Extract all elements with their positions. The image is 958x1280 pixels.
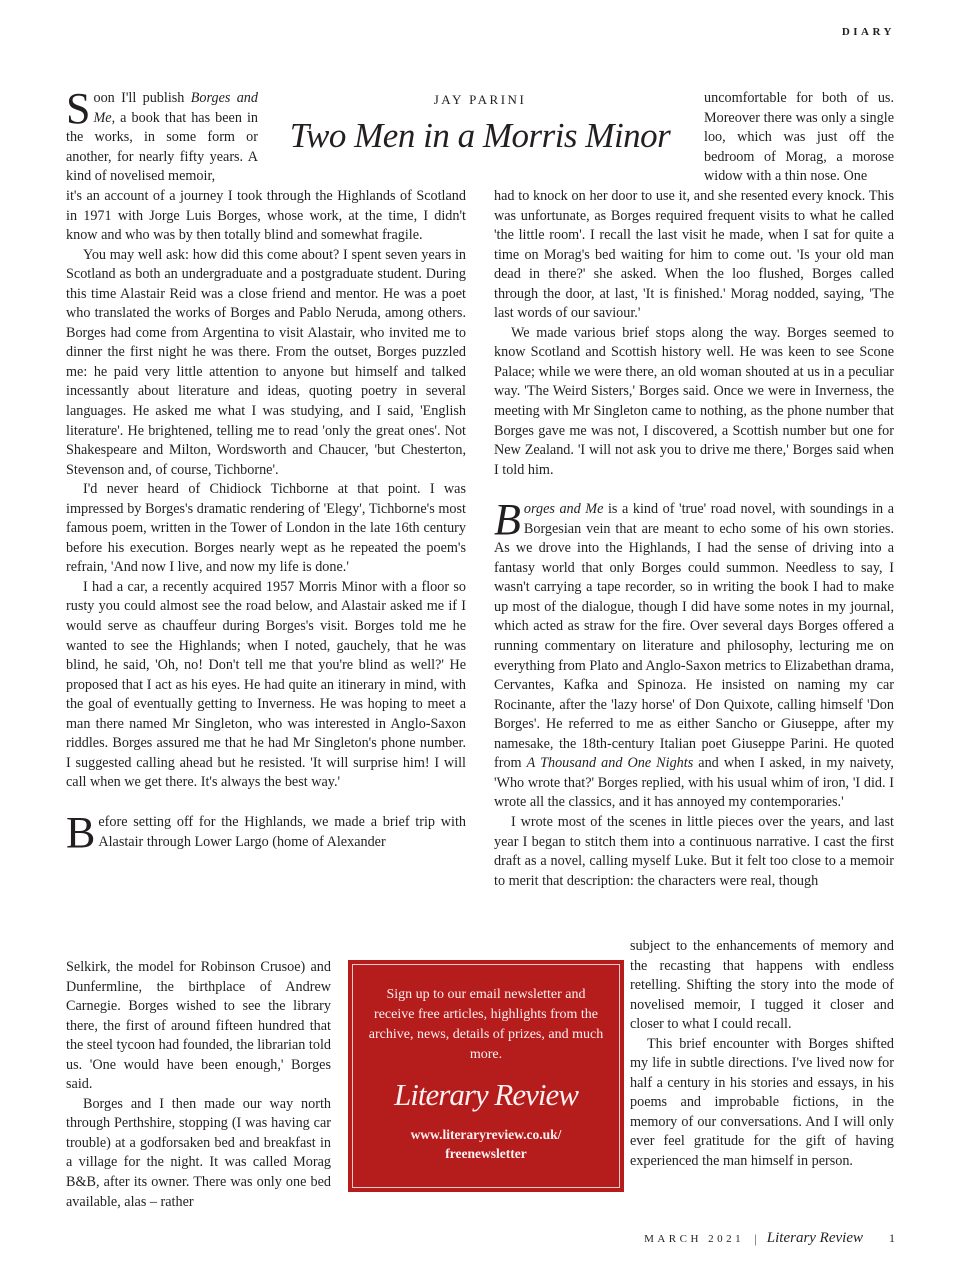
right-column: had to knock on her door to use it, and … [494, 187, 894, 891]
paragraph: This brief encounter with Borges shifted… [630, 1035, 894, 1172]
author-byline: JAY PARINI [290, 92, 670, 108]
paragraph: had to knock on her door to use it, and … [494, 187, 894, 324]
dropcap: B [494, 503, 521, 537]
left-column: it's an account of a journey I took thro… [66, 187, 466, 852]
left-bottom-column: Selkirk, the model for Robinson Crusoe) … [66, 958, 331, 1212]
paragraph: it's an account of a journey I took thro… [66, 187, 466, 246]
right-top-paragraph: uncomfortable for both of us. Moreover t… [704, 89, 894, 187]
issue-date: MARCH 2021 [644, 1233, 744, 1245]
paragraph: We made various brief stops along the wa… [494, 324, 894, 480]
article-title: Two Men in a Morris Minor [280, 116, 680, 156]
paragraph: Before setting off for the Highlands, we… [66, 813, 466, 852]
promo-text: Sign up to our email newsletter and rece… [367, 985, 605, 1065]
section-label: DIARY [842, 26, 895, 38]
paragraph: subject to the enhancements of memory an… [630, 937, 894, 1035]
paragraph: I had a car, a recently acquired 1957 Mo… [66, 578, 466, 793]
dropcap: B [66, 816, 95, 850]
literary-review-logo: Literary Review [353, 1077, 619, 1113]
promo-inner-border: Sign up to our email newsletter and rece… [352, 964, 620, 1188]
paragraph: Borges and I then made our way north thr… [66, 1095, 331, 1212]
page-number: 1 [889, 1231, 895, 1246]
paragraph: Selkirk, the model for Robinson Crusoe) … [66, 958, 331, 1095]
paragraph: Borges and Me is a kind of 'true' road n… [494, 500, 894, 813]
magazine-name: Literary Review [767, 1230, 863, 1247]
paragraph: I'd never heard of Chidiock Tichborne at… [66, 480, 466, 578]
dropcap: S [66, 92, 90, 126]
page-footer: MARCH 2021 | Literary Review 1 [644, 1230, 895, 1247]
newsletter-link[interactable]: www.literaryreview.co.uk/ freenewsletter [353, 1125, 619, 1163]
paragraph: You may well ask: how did this come abou… [66, 246, 466, 481]
right-bottom-column: subject to the enhancements of memory an… [630, 937, 894, 1172]
footer-separator: | [754, 1231, 757, 1247]
intro-paragraph: Soon I'll publish Borges and Me, a book … [66, 89, 258, 187]
paragraph: I wrote most of the scenes in little pie… [494, 813, 894, 891]
newsletter-promo-box[interactable]: Sign up to our email newsletter and rece… [348, 960, 624, 1192]
